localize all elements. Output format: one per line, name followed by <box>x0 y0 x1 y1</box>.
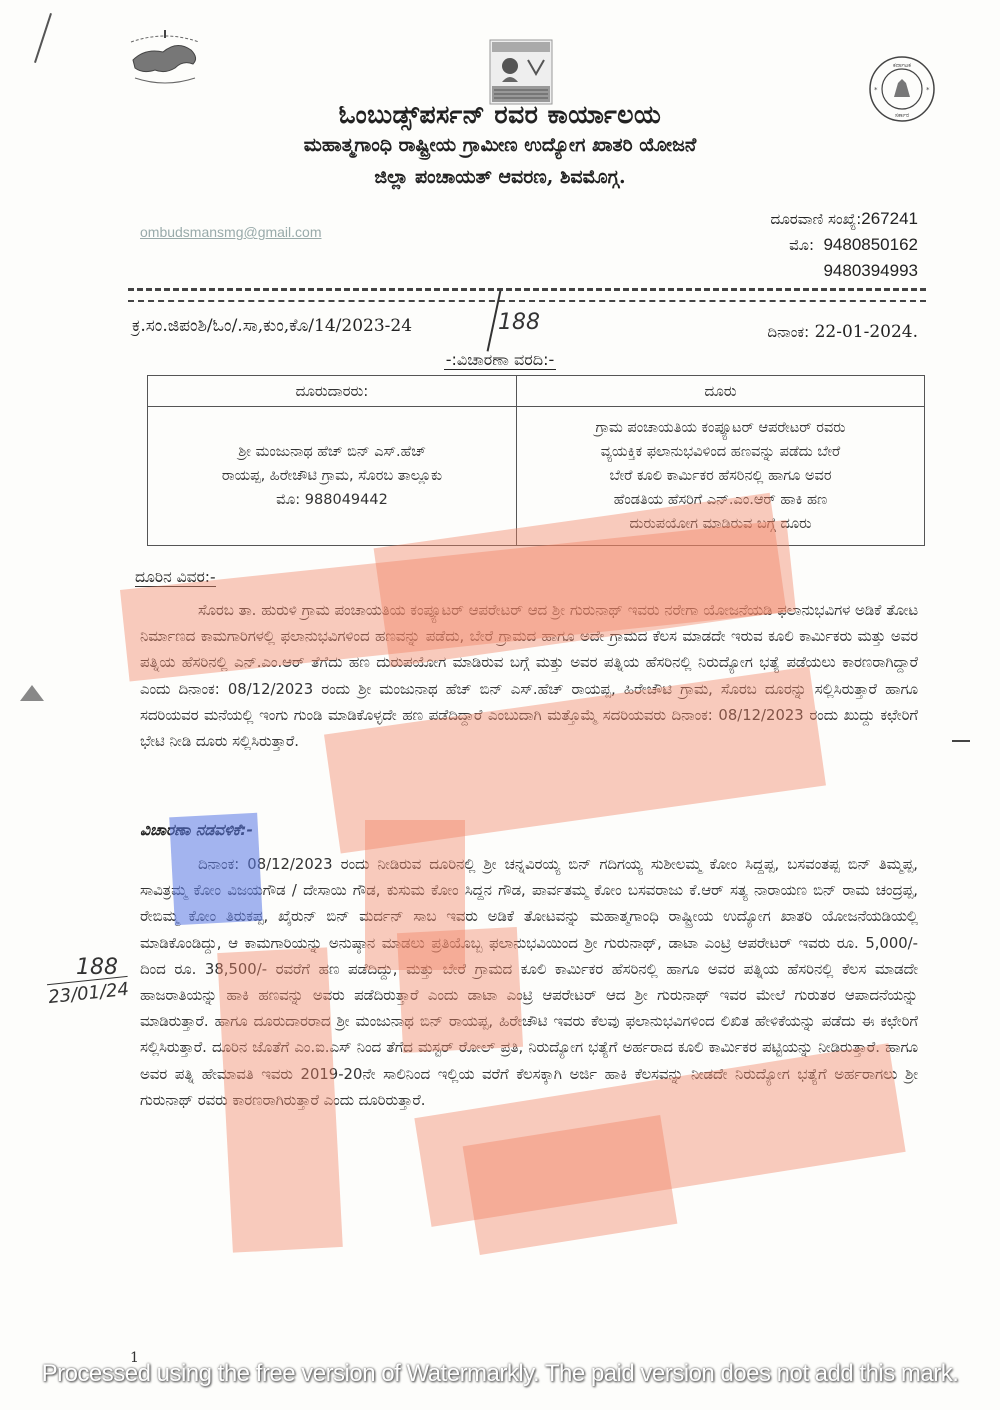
office-address: ಜಿಲ್ಲಾ ಪಂಚಾಯತ್ ಆವರಣ, ಶಿವಮೊಗ್ಗ. <box>0 166 1000 188</box>
svg-text:ಕರ್ನಾಟಕ: ಕರ್ನಾಟಕ <box>893 62 911 69</box>
office-title: ಓಂಬುಡ್ಸ್‌ಪರ್ಸನ್ ರವರ ಕಾರ್ಯಾಲಯ <box>0 100 1000 130</box>
header-divider-2 <box>128 300 926 302</box>
complaint-table: ದೂರುದಾರರು: ದೂರು ಶ್ರೀ ಮಂಜುನಾಥ ಹೆಚ್ ಬಿನ್ ಎ… <box>147 375 925 546</box>
handwritten-inward-date: 23/01/24 <box>47 976 130 1008</box>
phone-label: ದೂರವಾಣಿ ಸಂಖ್ಯೆ: <box>771 210 862 228</box>
table-header-complainant: ದೂರುದಾರರು: <box>148 376 517 407</box>
complaint-cell: ಗ್ರಾಮ ಪಂಚಾಯತಿಯ ಕಂಪ್ಯೂಟರ್ ಆಪರೇಟರ್ ರವರು ವ್… <box>517 407 925 546</box>
mgnrega-gandhi-logo-icon <box>488 38 554 106</box>
inquiry-heading-wrap: ವಿಚಾರಣಾ ನಡವಳಿಕೆ:- <box>140 820 253 840</box>
scheme-name: ಮಹಾತ್ಮಗಾಂಧಿ ರಾಷ್ಟ್ರೀಯ ಗ್ರಾಮೀಣ ಉದ್ಯೋಗ ಖಾತ… <box>0 134 1000 156</box>
margin-mark <box>20 685 44 701</box>
mobile-number-2: 9480394993 <box>771 258 919 284</box>
date-label: ದಿನಾಂಕ: <box>767 323 809 341</box>
svg-text:*: * <box>926 86 930 94</box>
document-date: ದಿನಾಂಕ: 22-01-2024. <box>767 322 918 342</box>
svg-text:*: * <box>874 86 878 94</box>
table-header-complaint: ದೂರು <box>517 376 925 407</box>
reference-number: ಕ್ರ.ಸಂ.ಜಿಪಂಶಿ/ಓಂ/.ಸಾ,ಕುಂ,ಕೊ/14/2023-24 <box>132 316 412 336</box>
mobile-line: ಮೊ: 9480850162 <box>771 232 919 258</box>
margin-dash <box>952 740 970 742</box>
complaint-details-body: ಸೊರಬ ತಾ. ಹುರುಳಿ ಗ್ರಾಮ ಪಂಚಾಯತಿಯ ಕಂಪ್ಯೂಟರ್… <box>140 598 918 755</box>
karnataka-map-emblem-icon <box>125 30 205 90</box>
report-title: -:ವಿಚಾರಣಾ ವರದಿ:- <box>0 350 1000 370</box>
handwritten-reference-suffix: 188 <box>498 310 540 335</box>
mobile-number-1: 9480850162 <box>823 235 918 254</box>
watermark-text: Processed using the free version of Wate… <box>0 1360 1000 1388</box>
phone-number: 267241 <box>861 209 918 228</box>
inquiry-heading: ವಿಚಾರಣಾ ನಡವಳಿಕೆ:- <box>140 821 253 839</box>
header-divider-1 <box>128 288 926 291</box>
complainant-cell: ಶ್ರೀ ಮಂಜುನಾಥ ಹೆಚ್ ಬಿನ್ ಎಸ್.ಹೆಚ್ ರಾಯಪ್ಪ, … <box>148 407 517 546</box>
mobile-label: ಮೊ: <box>789 236 814 254</box>
handwritten-inward-note: 188 23/01/24 <box>48 955 129 1004</box>
highlight-overlay <box>463 1115 678 1255</box>
phone-line: ದೂರವಾಣಿ ಸಂಖ್ಯೆ:267241 <box>771 206 919 232</box>
complaint-details-heading: ದೂರಿನ ವಿವರ:- <box>135 568 216 587</box>
complaint-details-heading-wrap: ದೂರಿನ ವಿವರ:- <box>135 567 216 587</box>
inquiry-body: ದಿನಾಂಕ: 08/12/2023 ರಂದು ನೀಡಿರುವ ದೂರಿನಲ್ಲ… <box>140 852 918 1114</box>
date-value: 22-01-2024. <box>815 322 918 342</box>
contact-block: ದೂರವಾಣಿ ಸಂಖ್ಯೆ:267241 ಮೊ: 9480850162 948… <box>771 206 919 284</box>
stray-pen-mark <box>34 13 52 63</box>
email-link[interactable]: ombudsmansmg@gmail.com <box>140 224 322 240</box>
